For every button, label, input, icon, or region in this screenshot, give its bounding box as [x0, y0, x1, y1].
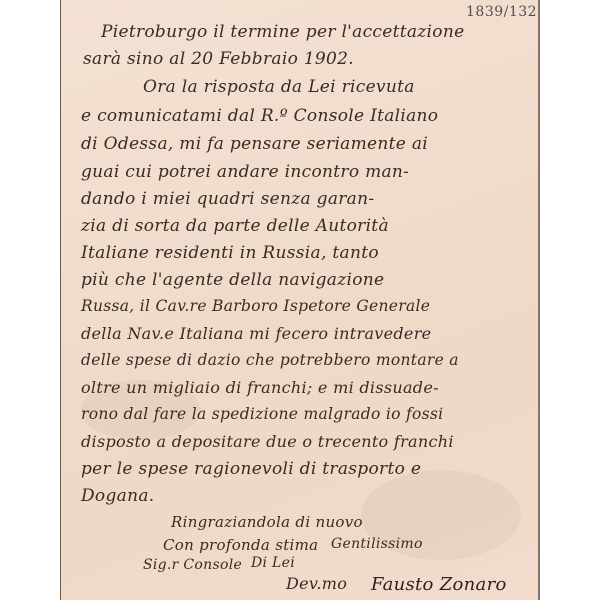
- letter-line: della Nav.e Italiana mi fecero intravede…: [81, 324, 431, 343]
- closing-thanks: Ringraziandola di nuovo: [171, 513, 363, 531]
- letter-line: oltre un migliaio di franchi; e mi dissu…: [81, 378, 439, 397]
- letter-line: Russa, il Cav.re Barboro Ispetore Genera…: [81, 297, 430, 315]
- closing-of-yours: Di Lei: [251, 555, 295, 571]
- letter-line: per le spese ragionevoli di trasporto e: [81, 459, 421, 479]
- letter-line: sarà sino al 20 Febbraio 1902.: [83, 49, 354, 69]
- letter-page: 1839/132 Pietroburgo il termine per l'ac…: [60, 0, 540, 600]
- letter-line: Italiane residenti in Russia, tanto: [81, 243, 379, 263]
- letter-line: Dogana.: [81, 486, 154, 506]
- signature: Fausto Zonaro: [371, 574, 507, 595]
- letter-line: Ora la risposta da Lei ricevuta: [143, 77, 415, 97]
- closing-devoted: Dev.mo: [286, 574, 347, 593]
- letter-line: rono dal fare la spedizione malgrado io …: [81, 405, 443, 423]
- catalog-number: 1839/132: [466, 4, 537, 20]
- letter-line: e comunicatami dal R.º Console Italiano: [81, 106, 438, 126]
- letter-line: più che l'agente della navigazione: [81, 270, 384, 290]
- letter-line: disposto a depositare due o trecento fra…: [81, 432, 454, 451]
- closing-courtesy: Gentilissimo: [331, 536, 423, 552]
- letter-line: Pietroburgo il termine per l'accettazion…: [101, 22, 464, 42]
- closing-regards: Con profonda stima: [163, 536, 318, 554]
- closing-addressee: Sig.r Console: [143, 557, 242, 573]
- letter-line: guai cui potrei andare incontro man-: [81, 162, 409, 182]
- letter-line: delle spese di dazio che potrebbero mont…: [81, 351, 459, 369]
- letter-line: di Odessa, mi fa pensare seriamente ai: [81, 134, 428, 154]
- letter-line: zia di sorta da parte delle Autorità: [81, 216, 389, 236]
- letter-line: dando i miei quadri senza garan-: [81, 189, 374, 209]
